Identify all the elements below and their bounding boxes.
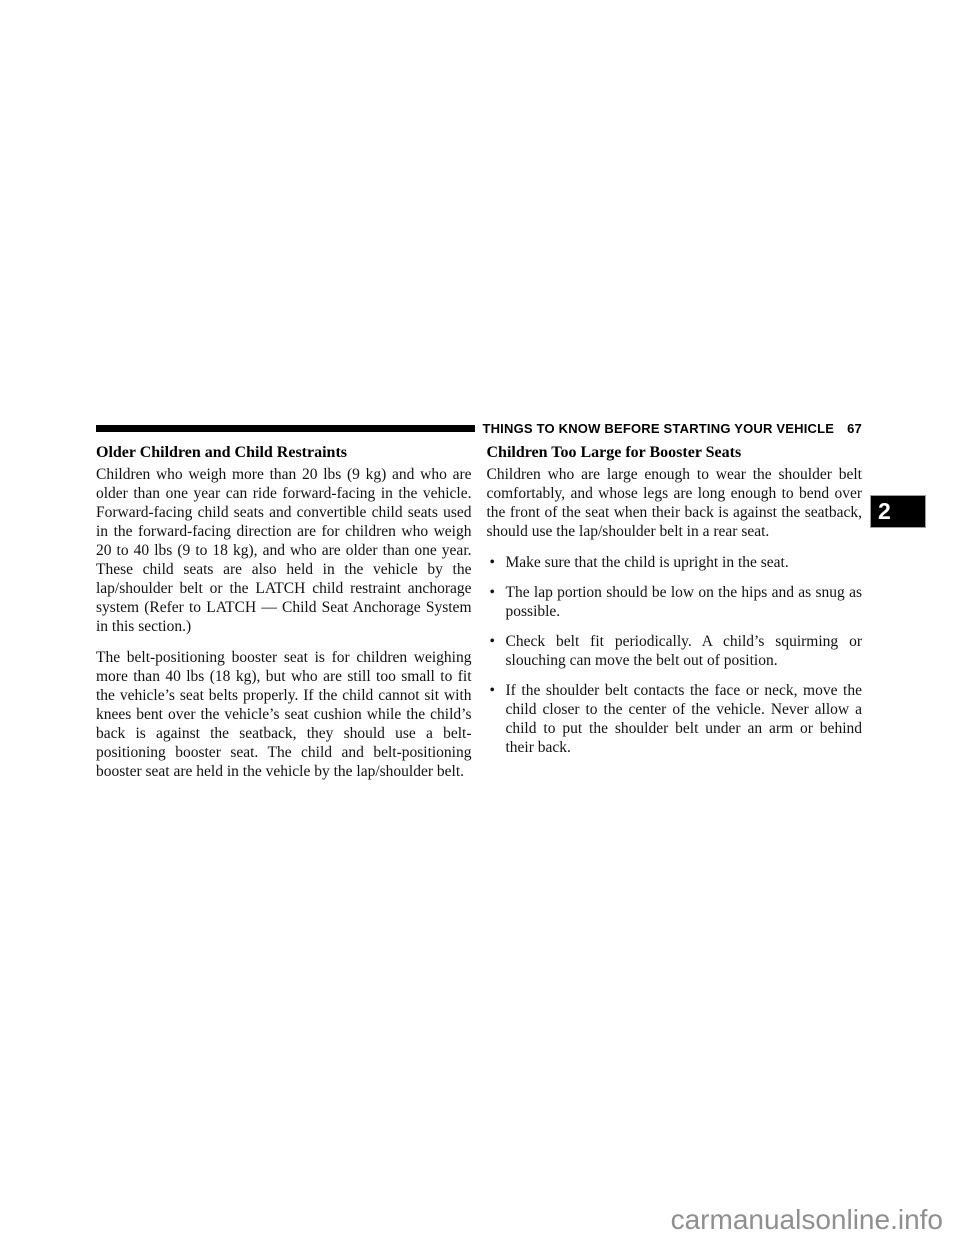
running-header: THINGS TO KNOW BEFORE STARTING YOUR VEHI…	[482, 421, 862, 436]
list-item-text: The lap portion should be low on the hip…	[506, 583, 863, 621]
left-paragraph-1: Children who weigh more than 20 lbs (9 k…	[96, 465, 472, 636]
list-item: • If the shoulder belt contacts the face…	[487, 681, 863, 757]
bullet-marker: •	[487, 583, 506, 621]
header-title: THINGS TO KNOW BEFORE STARTING YOUR VEHI…	[482, 421, 834, 436]
page-number: 67	[847, 421, 862, 436]
section-tab: 2	[871, 496, 925, 527]
right-column: Children Too Large for Booster Seats Chi…	[487, 443, 863, 793]
left-column: Older Children and Child Restraints Chil…	[96, 443, 472, 793]
list-item-text: Check belt fit periodically. A child’s s…	[506, 632, 863, 670]
list-item-text: If the shoulder belt contacts the face o…	[506, 681, 863, 757]
header-rule	[96, 425, 475, 432]
page-header: THINGS TO KNOW BEFORE STARTING YOUR VEHI…	[96, 419, 862, 437]
content-columns: Older Children and Child Restraints Chil…	[96, 443, 862, 793]
bullet-list: • Make sure that the child is upright in…	[487, 553, 863, 757]
list-item-text: Make sure that the child is upright in t…	[506, 553, 863, 572]
right-column-heading: Children Too Large for Booster Seats	[487, 443, 863, 462]
list-item: • Check belt fit periodically. A child’s…	[487, 632, 863, 670]
bullet-marker: •	[487, 632, 506, 670]
list-item: • Make sure that the child is upright in…	[487, 553, 863, 572]
manual-page: THINGS TO KNOW BEFORE STARTING YOUR VEHI…	[0, 0, 960, 1242]
bullet-marker: •	[487, 681, 506, 757]
left-column-heading: Older Children and Child Restraints	[96, 443, 472, 462]
bullet-marker: •	[487, 553, 506, 572]
right-paragraph: Children who are large enough to wear th…	[487, 465, 863, 541]
list-item: • The lap portion should be low on the h…	[487, 583, 863, 621]
left-paragraph-2: The belt-positioning booster seat is for…	[96, 648, 472, 781]
watermark: carmanualsonline.info	[671, 1204, 943, 1236]
